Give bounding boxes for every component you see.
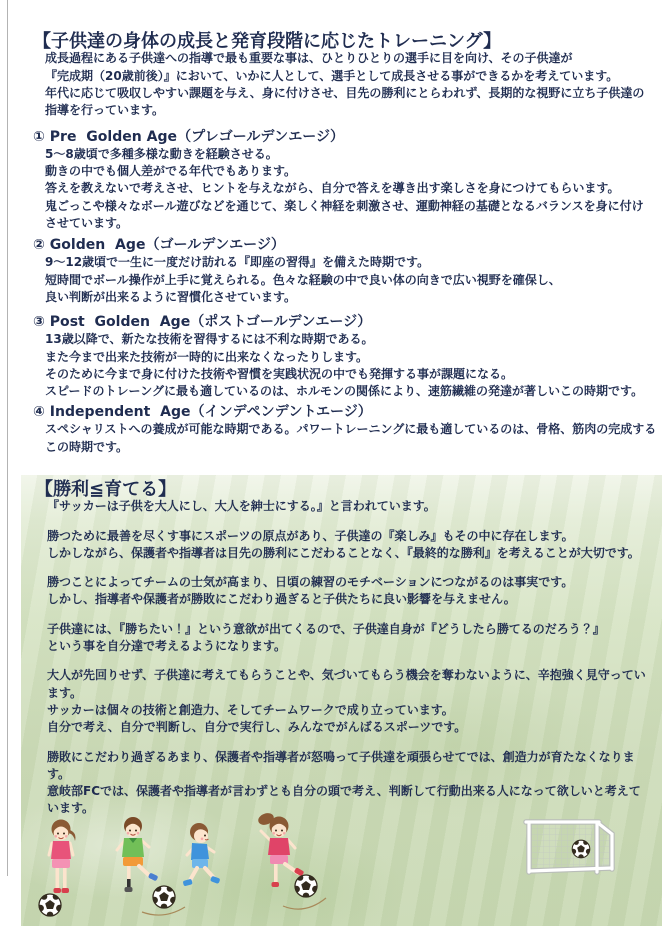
text-line: 鬼ごっこや様々なボール遊びなどを通じて、楽しく神経を刺激させ、運動神経の基礎とな…: [33, 198, 661, 215]
soccer-ball-icon: [37, 893, 63, 918]
text-line: させています。: [33, 215, 661, 232]
text-line: 答えを教えないで考えさせ、ヒントを与えながら、自分で答えを導き出す楽しさを身につ…: [33, 180, 661, 197]
girl-standing-with-ball-icon: [37, 820, 75, 919]
stage-title: ① Pre Golden Age（プレゴールデンエージ）: [33, 129, 661, 146]
section-training: 【子供達の身体の成長と発育段階に応じたトレーニング】 成長過程にある子供達への指…: [33, 33, 661, 119]
text-line: スペシャリストへの養成が可能な時期である。パワートレーニングに最も適しているのは…: [33, 421, 661, 438]
text-line: 自分で考え、自分で判断し、自分で実行し、みんなでがんばるスポーツです。: [35, 719, 650, 736]
girl-kicking-ball-icon: [257, 811, 326, 909]
text-line: また今まで出来た技術が一時的に出来なくなったりします。: [33, 349, 661, 366]
soccer-ball-icon: [293, 874, 319, 899]
stage-title: ② Golden Age（ゴールデンエージ）: [33, 237, 661, 254]
text-line: しかし、指導者や保護者が勝敗にこだわり過ぎると子供たちに良い影響を与えません。: [35, 591, 650, 608]
text-line: 勝つために最善を尽くす事にスポーツの原点があり、子供達の『楽しみ』もその中に存在…: [35, 528, 650, 545]
text-line: 『完成期（20歳前後）』において、いかに人として、選手として成長させる事ができる…: [33, 68, 661, 85]
text-line: 子供達には、『勝ちたい！』という意欲が出てくるので、子供達自身が『どうしたら勝て…: [35, 621, 650, 638]
soccer-goal-icon: [526, 822, 612, 872]
soccer-illustration: [21, 810, 662, 926]
document-page: 【子供達の身体の成長と発育段階に応じたトレーニング】 成長過程にある子供達への指…: [0, 0, 671, 949]
stage-pre-golden-age: ① Pre Golden Age（プレゴールデンエージ） 5～8歳頃で多種多様な…: [33, 129, 661, 233]
page-margin-line: [7, 0, 8, 876]
boy-running-icon: [183, 823, 221, 886]
soccer-ball-icon: [151, 885, 177, 910]
text-line: この時期です。: [33, 439, 661, 456]
section-heading-win: 【勝利≦育てる】: [35, 481, 650, 498]
text-line: という事を自分達で考えるようになります。: [35, 638, 650, 655]
text-line: 13歳以降で、新たな技術を習得するには不利な時期である。: [33, 331, 661, 348]
text-line: しかしながら、保護者や指導者は目先の勝利にこだわることなく、『最終的な勝利』を考…: [35, 545, 650, 562]
text-line: 成長過程にある子供達への指導で最も重要な事は、ひとりひとりの選手に目を向け、その…: [33, 50, 661, 67]
text-line: 指導を行っています。: [33, 102, 661, 119]
text-line: 『サッカーは子供を大人にし、大人を紳士にする。』と言われています。: [35, 498, 650, 515]
text-line: 5～8歳頃で多種多様な動きを経験させる。: [33, 146, 661, 163]
text-line: 勝敗にこだわり過ぎるあまり、保護者や指導者が怒鳴って子供達を頑張らせてでは、創造…: [35, 749, 650, 784]
stage-title: ③ Post Golden Age（ポストゴールデンエージ）: [33, 314, 661, 331]
stage-golden-age: ② Golden Age（ゴールデンエージ） 9～12歳頃で一生に一度だけ訪れる…: [33, 237, 661, 306]
win-vs-develop-box: 【勝利≦育てる】 『サッカーは子供を大人にし、大人を紳士にする。』と言われていま…: [21, 475, 662, 926]
stage-independent-age: ④ Independent Age（インデペンデントエージ） スペシャリストへの…: [33, 404, 661, 456]
text-line: 良い判断が出来るように習慣化させています。: [33, 289, 661, 306]
text-line: サッカーは個々の技術と創造力、そしてチームワークで成り立っています。: [35, 702, 650, 719]
text-line: スピードのトレーングに最も適しているのは、ホルモンの関係により、速筋繊維の発達が…: [33, 383, 661, 400]
text-line: そのために今まで身に付けた技術や習慣を実践状況の中でも発揮する事が課題になる。: [33, 366, 661, 383]
section-heading-training: 【子供達の身体の成長と発育段階に応じたトレーニング】: [33, 33, 661, 50]
text-line: 大人が先回りせず、子供達に考えてもらうことや、気づいてもらう機会を奪わないように…: [35, 667, 650, 702]
text-line: 短時間でボール操作が上手に覚えられる。色々な経験の中で良い体の向きで広い視野を確…: [33, 272, 661, 289]
text-line: 勝つことによってチームの士気が高まり、日頃の練習のモチベーションにつながるのは事…: [35, 574, 650, 591]
text-line: 9～12歳頃で一生に一度だけ訪れる『即座の習得』を備えた時期です。: [33, 254, 661, 271]
boy-kicking-ball-icon: [117, 817, 185, 915]
text-line: 年代に応じて吸収しやすい課題を与え、身に付けさせ、目先の勝利にとらわれず、長期的…: [33, 85, 661, 102]
stage-title: ④ Independent Age（インデペンデントエージ）: [33, 404, 661, 421]
stage-post-golden-age: ③ Post Golden Age（ポストゴールデンエージ） 13歳以降で、新た…: [33, 314, 661, 400]
text-line: 動きの中でも個人差がでる年代でもあります。: [33, 163, 661, 180]
